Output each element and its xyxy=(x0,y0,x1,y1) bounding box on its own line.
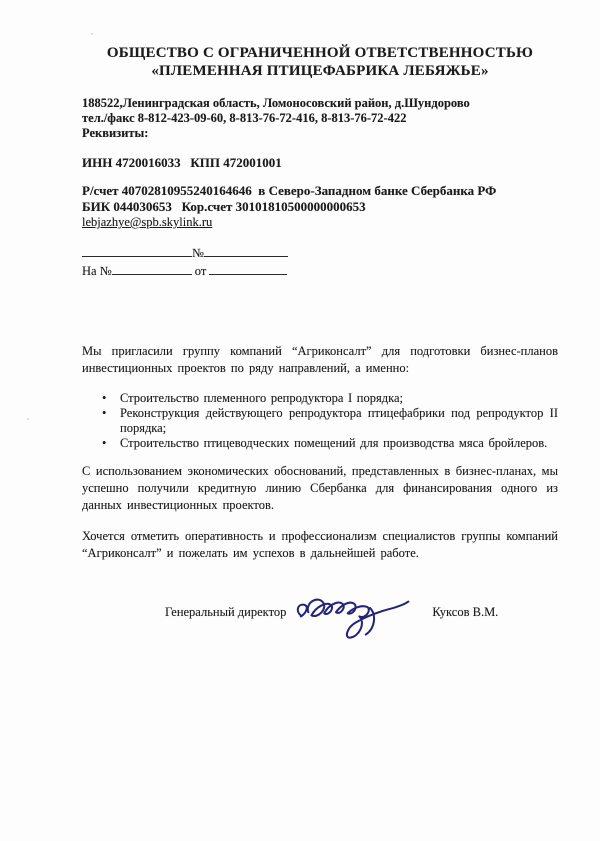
letterhead-contacts: 188522,Ленинградская область, Ломоносовс… xyxy=(82,96,558,141)
on-number-label: На № xyxy=(82,264,112,278)
phone-fax-line: тел./факс 8-812-423-09-60, 8-813-76-72-4… xyxy=(82,111,558,126)
bullet-text: Реконструкция действующего репродуктора … xyxy=(120,406,558,436)
company-name-line1: ОБЩЕСТВО С ОГРАНИЧЕННОЙ ОТВЕТСТВЕННОСТЬЮ xyxy=(82,44,558,62)
requisites-label: Реквизиты: xyxy=(82,126,558,141)
scanned-letter-page: ОБЩЕСТВО С ОГРАНИЧЕННОЙ ОТВЕТСТВЕННОСТЬЮ… xyxy=(0,0,600,841)
bullet-icon: • xyxy=(102,406,120,436)
bank-details-block: Р/счет 40702810955240164646 в Северо-Зап… xyxy=(82,183,558,230)
incoming-date-blank xyxy=(209,262,287,275)
list-item: • Строительство племенного репродуктора … xyxy=(102,391,558,406)
scan-speck xyxy=(27,418,29,420)
projects-bullet-list: • Строительство племенного репродуктора … xyxy=(82,391,558,451)
scan-speck xyxy=(91,33,93,35)
bullet-text: Строительство племенного репродуктора I … xyxy=(120,391,558,406)
bullet-icon: • xyxy=(102,391,120,406)
address-line: 188522,Ленинградская область, Ломоносовс… xyxy=(82,96,558,111)
thanks-paragraph: Хочется отметить оперативность и професс… xyxy=(82,528,558,562)
handwritten-signature xyxy=(292,576,414,642)
email-address: lebjazhye@spb.skylink.ru xyxy=(82,215,558,230)
list-item: • Строительство птицеводческих помещений… xyxy=(102,436,558,451)
company-name-line2: «ПЛЕМЕННАЯ ПТИЦЕФАБРИКА ЛЕБЯЖЬЕ» xyxy=(82,62,558,80)
outgoing-number-line: № xyxy=(82,244,558,262)
bullet-text: Строительство птицеводческих помещений д… xyxy=(120,436,558,451)
bik-corr-line: БИК 044030653 Кор.счет 30101810500000000… xyxy=(82,199,558,215)
incoming-number-blank xyxy=(112,262,192,275)
number-blank-line xyxy=(204,244,288,257)
account-line: Р/счет 40702810955240164646 в Северо-Зап… xyxy=(82,183,558,199)
bullet-icon: • xyxy=(102,436,120,451)
signature-stroke xyxy=(298,600,409,638)
credit-paragraph: С использованием экономических обоснован… xyxy=(82,463,558,514)
signer-position-title: Генеральный директор xyxy=(165,605,286,620)
number-sign: № xyxy=(192,246,204,260)
date-blank-line xyxy=(82,244,192,257)
scan-speck xyxy=(196,558,198,560)
inn-kpp-line: ИНН 4720016033 КПП 472001001 xyxy=(82,155,558,171)
intro-paragraph: Мы пригласили группу компаний “Агриконса… xyxy=(82,343,558,377)
reference-number-block: № На № от xyxy=(82,244,558,280)
list-item: • Реконструкция действующего репродуктор… xyxy=(102,406,558,436)
signature-block: Генеральный директор Куксов В.М. xyxy=(165,592,558,632)
signer-name: Куксов В.М. xyxy=(432,605,498,620)
incoming-number-line: На № от xyxy=(82,262,558,280)
from-label: от xyxy=(195,264,207,278)
